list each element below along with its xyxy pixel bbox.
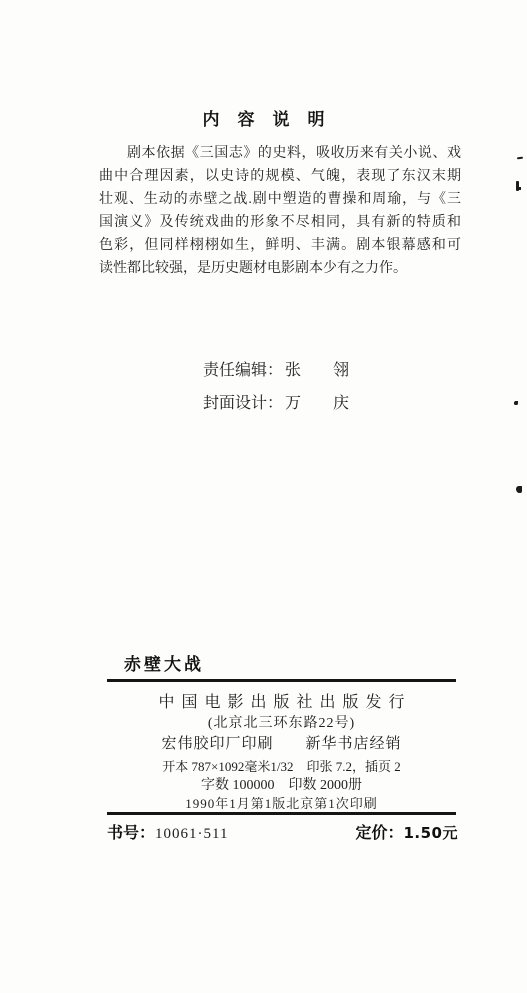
edition-line: 1990年1月第1版北京第1次印刷 (107, 793, 456, 812)
content-note-heading: 内容说明 (0, 105, 527, 130)
publisher-address: (北京北三环东路22号) (107, 712, 456, 732)
price-value: 1.50元 (403, 824, 458, 842)
paragraph-line: 色彩，但同样栩栩如生，鲜明、丰满。剧本银幕感和可 (99, 234, 461, 257)
format-line: 开本 787×1092毫米1/32 印张 7.2，插页 2 (107, 756, 456, 775)
cover-designer-line: 封面设计：万 庆 (203, 387, 349, 420)
book-number-group: 书号：10061·511 (107, 820, 228, 843)
book-number-value: 10061·511 (155, 826, 228, 842)
paragraph-line: 壮观、生动的赤壁之战.剧中塑造的曹操和周瑜，与《三 (99, 188, 461, 211)
cover-designer-label: 封面设计： (203, 395, 283, 412)
responsible-editor-label: 责任编辑： (203, 362, 283, 379)
cover-designer-name: 万 庆 (285, 395, 349, 412)
book-number-price-row: 书号：10061·511 定价：1.50元 (107, 820, 458, 843)
publisher-line: 中国电影出版社出版发行 (107, 689, 456, 712)
responsible-editor-line: 责任编辑：张 翎 (203, 354, 349, 387)
ink-speck (517, 157, 523, 160)
paragraph-line: 剧本依据《三国志》的史料，吸收历来有关小说、戏 (99, 142, 461, 165)
divider-line (107, 679, 456, 682)
price-label: 定价： (355, 823, 403, 842)
book-title: 赤壁大战 (124, 650, 204, 675)
price-group: 定价：1.50元 (355, 820, 458, 843)
book-number-label: 书号： (107, 823, 155, 842)
divider-line (107, 812, 456, 815)
paragraph-line: 读性都比较强，是历史题材电影剧本少有之力作。 (99, 257, 461, 280)
content-note-paragraph: 剧本依据《三国志》的史料，吸收历来有关小说、戏 曲中合理因素，以史诗的规模、气魄… (99, 142, 461, 280)
ink-speck (516, 486, 522, 493)
credits-block: 责任编辑：张 翎 封面设计：万 庆 (203, 354, 349, 420)
scanned-book-colophon-page: 内容说明 剧本依据《三国志》的史料，吸收历来有关小说、戏 曲中合理因素，以史诗的… (0, 0, 527, 993)
paragraph-line: 国演义》及传统戏曲的形象不尽相同，具有新的特质和 (99, 211, 461, 234)
word-print-count-line: 字数 100000 印数 2000册 (107, 774, 456, 794)
paragraph-line: 曲中合理因素，以史诗的规模、气魄，表现了东汉末期 (99, 165, 461, 188)
printer-distributor-line: 宏伟胶印厂印刷 新华书店经销 (107, 732, 456, 753)
responsible-editor-name: 张 翎 (285, 362, 349, 379)
ink-speck (516, 181, 519, 191)
ink-speck (514, 401, 518, 405)
